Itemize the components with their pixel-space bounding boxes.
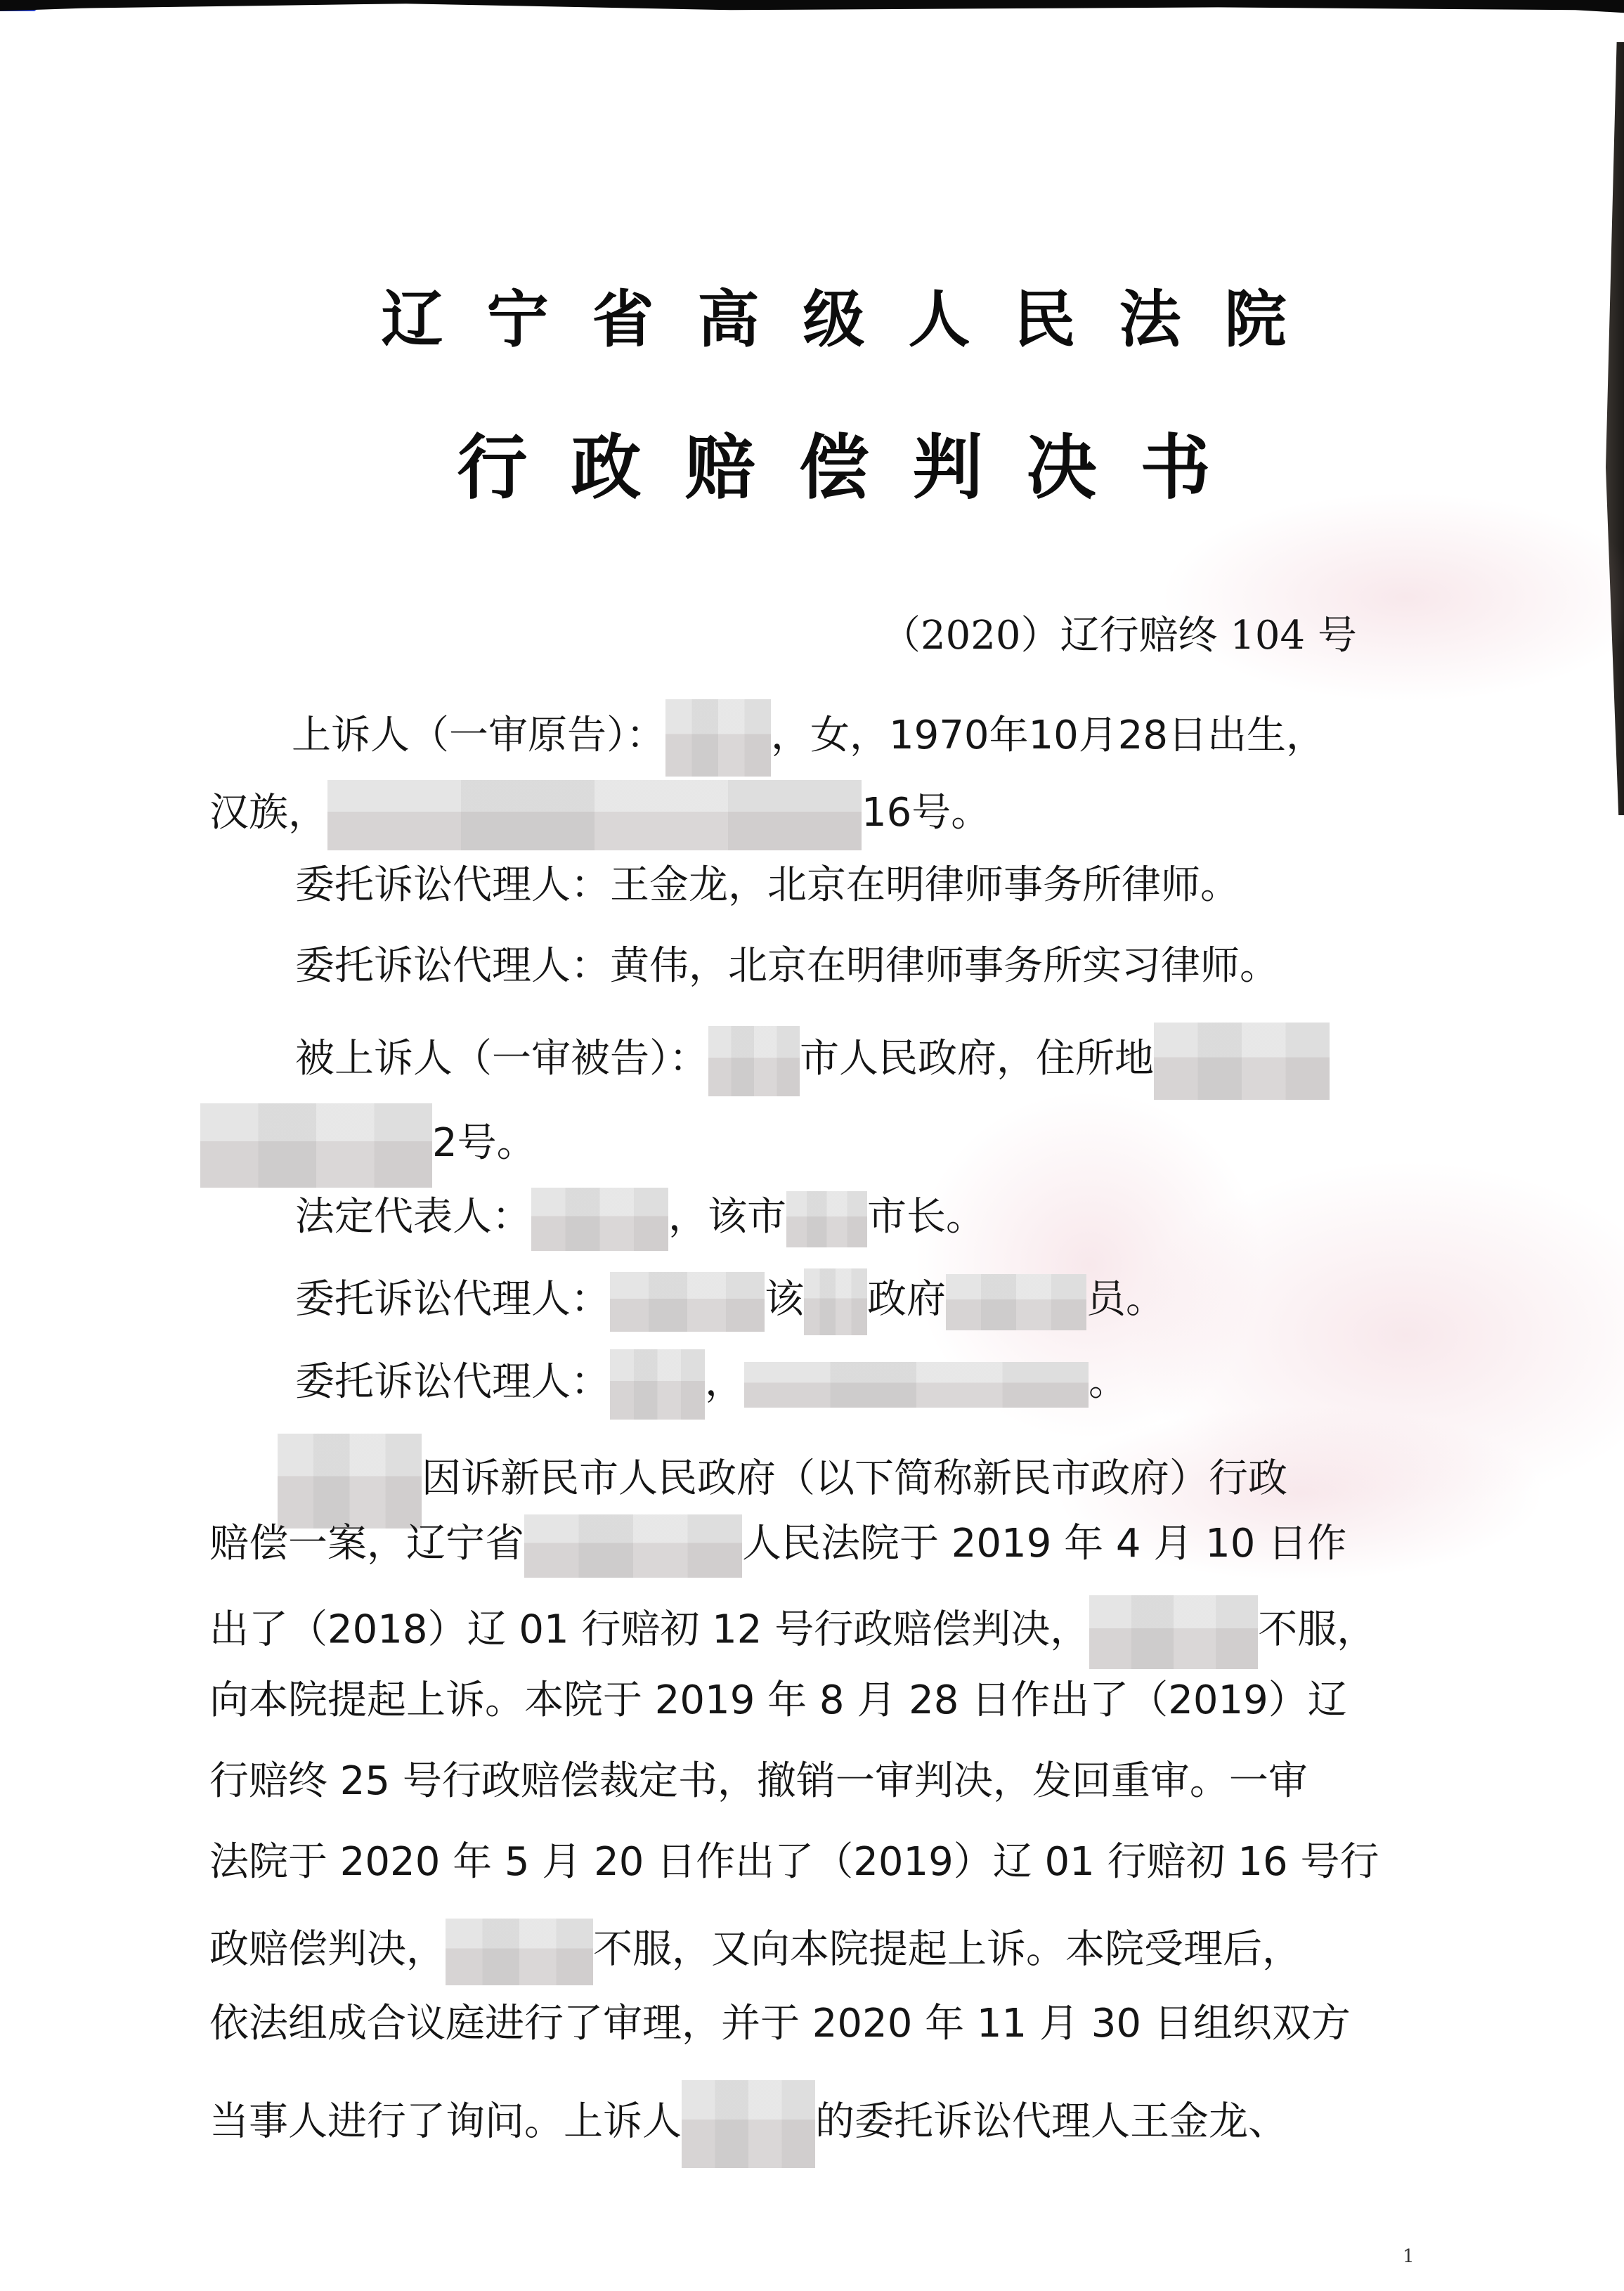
respondent-label: 被上诉人（一审被告）： [295, 1036, 708, 1082]
respondent-agent-1-middle: 该 [765, 1277, 804, 1323]
body-line-9: 当事人进行了询问。上诉人的委托诉讼代理人王金龙、 [209, 2080, 1287, 2168]
redaction-block [531, 1188, 668, 1251]
respondent-address-suffix: 2号。 [432, 1120, 536, 1166]
respondent-agent-1-middle-2: 政府 [867, 1277, 946, 1323]
agent-1-line: 委托诉讼代理人：王金龙，北京在明律师事务所律师。 [295, 861, 1240, 910]
respondent-agent-1-label: 委托诉讼代理人： [295, 1277, 610, 1323]
body-text: 当事人进行了询问。上诉人 [209, 2099, 682, 2145]
respondent-agent-1-line: 委托诉讼代理人：该政府员。 [295, 1268, 1165, 1335]
agent-1-text: 王金龙，北京在明律师事务所律师。 [610, 862, 1240, 908]
body-line-3: 出了（2018）辽 01 行赔初 12 号行政赔偿判决，不服， [209, 1595, 1376, 1669]
legal-rep-middle: ，该市 [668, 1194, 786, 1240]
redaction-block [804, 1268, 867, 1335]
redaction-block [446, 1919, 593, 1985]
redaction-block [1154, 1023, 1330, 1100]
appellant-line: 上诉人（一审原告）：，女，1970年10月28日出生， [292, 699, 1325, 777]
redaction-block [744, 1362, 1089, 1408]
legal-rep-line: 法定代表人：，该市市长。 [295, 1188, 985, 1251]
respondent-agent-2-line: 委托诉讼代理人：，。 [295, 1349, 1128, 1420]
body-text: 的委托诉讼代理人王金龙、 [815, 2099, 1287, 2145]
case-number: （2020）辽行赔终 104 号 [881, 611, 1357, 661]
redaction-block [682, 2080, 815, 2168]
redaction-block [786, 1191, 867, 1247]
redaction-block [524, 1514, 742, 1578]
redaction-block [665, 699, 771, 777]
redaction-block [610, 1349, 705, 1420]
respondent-address-line: 2号。 [200, 1103, 536, 1188]
body-line-4: 向本院提起上诉。本院于 2019 年 8 月 28 日作出了（2019）辽 [209, 1676, 1347, 1725]
body-line-7: 政赔偿判决，不服，又向本院提起上诉。本院受理后， [209, 1919, 1301, 1985]
respondent-text: 市人民政府，住所地 [800, 1036, 1154, 1082]
body-text: 赔偿一案，辽宁省 [209, 1521, 524, 1566]
redaction-block [327, 780, 862, 850]
redaction-block [610, 1272, 765, 1332]
body-text: 因诉新民市人民政府（以下简称新民市政府）行政 [422, 1456, 1287, 1502]
body-text: 人民法院于 2019 年 4 月 10 日作 [742, 1521, 1346, 1566]
body-line-2: 赔偿一案，辽宁省人民法院于 2019 年 4 月 10 日作 [209, 1514, 1346, 1578]
agent-2-text: 黄伟，北京在明律师事务所实习律师。 [610, 943, 1279, 989]
body-line-8: 依法组成合议庭进行了审理，并于 2020 年 11 月 30 日组织双方 [209, 1999, 1351, 2049]
respondent-agent-2-middle: ， [705, 1359, 744, 1405]
appellant-address-line: 汉族，16号。 [209, 780, 990, 850]
body-line-6: 法院于 2020 年 5 月 20 日作出了（2019）辽 01 行赔初 16 … [209, 1838, 1379, 1887]
redaction-block [1089, 1595, 1258, 1669]
body-text: 政赔偿判决， [209, 1927, 446, 1973]
redaction-block [946, 1274, 1086, 1330]
appellant-label: 上诉人（一审原告）： [292, 713, 665, 758]
appellant-details: ，女，1970年10月28日出生， [771, 713, 1325, 758]
document-type-heading: 行政赔偿判决书 [0, 411, 1624, 512]
ethnicity-text: 汉族， [209, 790, 327, 836]
address-suffix: 16号。 [862, 790, 990, 836]
respondent-line: 被上诉人（一审被告）：市人民政府，住所地 [295, 1023, 1330, 1100]
document-page: 辽宁省高级人民法院 行政赔偿判决书 （2020）辽行赔终 104 号 上诉人（一… [0, 0, 1624, 2291]
body-text: 不服，又向本院提起上诉。本院受理后， [593, 1927, 1301, 1973]
page-number: 1 [1403, 2246, 1415, 2267]
respondent-agent-2-label: 委托诉讼代理人： [295, 1359, 610, 1405]
body-text: 出了（2018）辽 01 行赔初 12 号行政赔偿判决， [209, 1607, 1089, 1653]
respondent-agent-1-suffix: 员。 [1086, 1277, 1165, 1323]
body-line-5: 行赔终 25 号行政赔偿裁定书，撤销一审判决，发回重审。一审 [209, 1757, 1308, 1806]
respondent-agent-2-suffix: 。 [1089, 1359, 1128, 1405]
body-text: 不服， [1258, 1607, 1376, 1653]
legal-rep-label: 法定代表人： [295, 1194, 531, 1240]
redaction-block [200, 1103, 432, 1188]
agent-2-line: 委托诉讼代理人：黄伟，北京在明律师事务所实习律师。 [295, 942, 1279, 991]
redaction-block [708, 1026, 800, 1096]
agent-2-label: 委托诉讼代理人： [295, 943, 610, 989]
legal-rep-title: 市长。 [867, 1194, 985, 1240]
court-name-heading: 辽宁省高级人民法院 [0, 271, 1624, 359]
agent-1-label: 委托诉讼代理人： [295, 862, 610, 908]
